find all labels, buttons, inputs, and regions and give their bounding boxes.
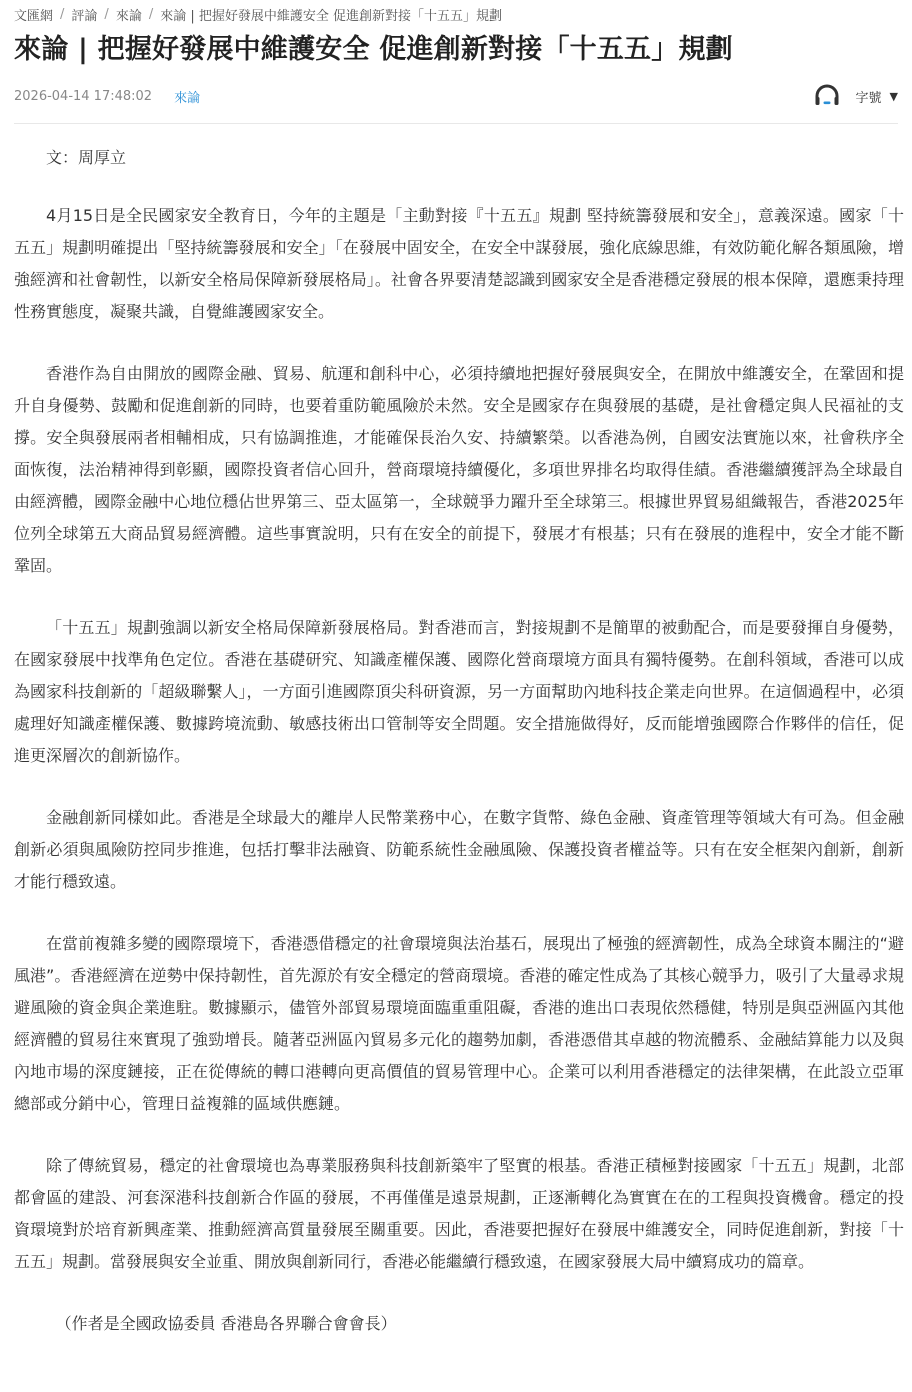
article-paragraph: 香港作為自由開放的國際金融、貿易、航運和創科中心，必須持續地把握好發展與安全，在… (14, 358, 904, 582)
article-tools: 字號 ▼ (812, 84, 898, 110)
breadcrumb-separator: / (149, 7, 153, 22)
column-link[interactable]: 來論 (174, 87, 200, 106)
article-title: 來論 | 把握好發展中維護安全 促進創新對接「十五五」規劃 (14, 30, 908, 70)
font-size-label: 字號 (856, 87, 882, 106)
breadcrumb-item-comment[interactable]: 評論 (71, 5, 97, 24)
article-paragraph: 4月15日是全民國家安全教育日，今年的主題是「主動對接『十五五』規劃 堅持統籌發… (14, 200, 904, 328)
breadcrumb-separator: / (60, 7, 64, 22)
headphones-icon (814, 84, 840, 110)
breadcrumb-item-home[interactable]: 文匯網 (14, 5, 53, 24)
caret-down-icon: ▼ (890, 90, 898, 103)
breadcrumb-item-current: 來論 | 把握好發展中維護安全 促進創新對接「十五五」規劃 (160, 5, 502, 24)
article-paragraph: 在當前複雜多變的國際環境下，香港憑借穩定的社會環境與法治基石，展現出了極強的經濟… (14, 928, 904, 1120)
breadcrumb: 文匯網 / 評論 / 來論 / 來論 | 把握好發展中維護安全 促進創新對接「十… (14, 0, 908, 28)
article-meta: 2026-04-14 17:48:02 來論 字號 ▼ (14, 70, 898, 124)
publish-datetime: 2026-04-14 17:48:02 (14, 89, 152, 104)
author-footnote: （作者是全國政協委員 香港島各界聯合會會長） (14, 1308, 904, 1340)
article-page: 文匯網 / 評論 / 來論 / 來論 | 把握好發展中維護安全 促進創新對接「十… (0, 0, 912, 1340)
font-size-dropdown[interactable]: 字號 ▼ (856, 87, 898, 106)
article-paragraph: 「十五五」規劃強調以新安全格局保障新發展格局。對香港而言，對接規劃不是簡單的被動… (14, 612, 904, 772)
article-body: 文：周厚立 4月15日是全民國家安全教育日，今年的主題是「主動對接『十五五』規劃… (14, 124, 908, 1340)
listen-button[interactable] (812, 84, 842, 110)
breadcrumb-item-column[interactable]: 來論 (116, 5, 142, 24)
article-paragraph: 除了傳統貿易，穩定的社會環境也為專業服務與科技創新築牢了堅實的根基。香港正積極對… (14, 1150, 904, 1278)
author-line: 文：周厚立 (14, 142, 904, 174)
breadcrumb-separator: / (104, 7, 108, 22)
article-paragraph: 金融創新同樣如此。香港是全球最大的離岸人民幣業務中心，在數字貨幣、綠色金融、資產… (14, 802, 904, 898)
